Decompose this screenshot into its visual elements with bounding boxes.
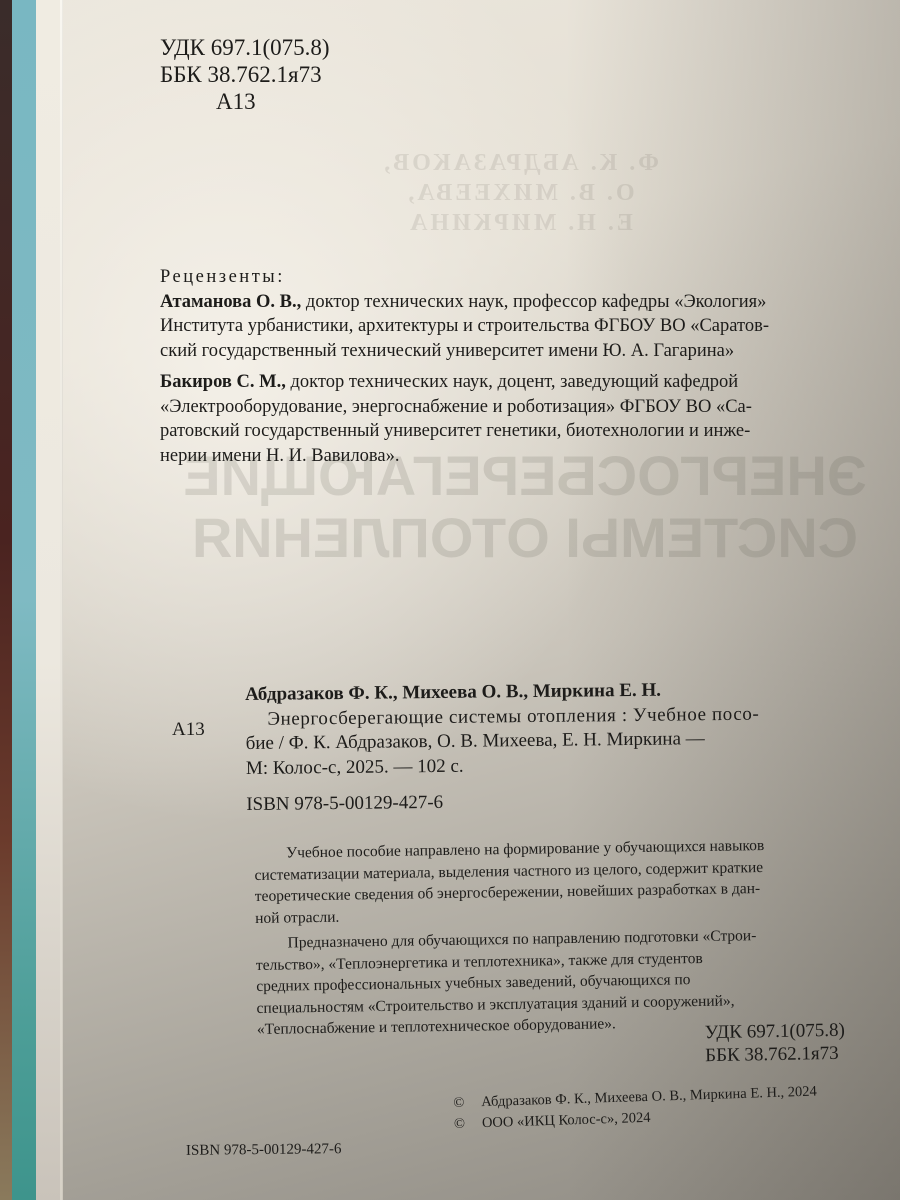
page-stack-edge bbox=[36, 0, 62, 1200]
bibliographic-record: Абдразаков Ф. К., Михеева О. В., Миркина… bbox=[245, 678, 760, 818]
author-mark: А13 bbox=[160, 88, 330, 115]
bbk-code: ББК 38.762.1я73 bbox=[705, 1042, 845, 1067]
copyright-icon: © bbox=[454, 1113, 483, 1135]
bib-author-mark: А13 bbox=[172, 719, 205, 741]
reviewers-label: Рецензенты: bbox=[160, 265, 769, 290]
udk-code: УДК 697.1(075.8) bbox=[160, 34, 330, 61]
annotation: Учебное пособие направлено на формирован… bbox=[254, 835, 767, 1040]
reviewer-entry: Бакиров С. М., доктор технических наук, … bbox=[160, 370, 769, 468]
background-behind-book bbox=[0, 0, 12, 1200]
udk-code: УДК 697.1(075.8) bbox=[705, 1019, 845, 1044]
classification-codes-top: УДК 697.1(075.8) ББК 38.762.1я73 А13 bbox=[160, 34, 330, 115]
reviewer-name: Атаманова О. В., bbox=[160, 292, 301, 312]
classification-codes-bottom: УДК 697.1(075.8) ББК 38.762.1я73 bbox=[705, 1019, 846, 1067]
reviewers-section: Рецензенты: Атаманова О. В., доктор техн… bbox=[160, 265, 769, 468]
copyright-icon: © bbox=[453, 1092, 482, 1114]
reviewer-entry: Атаманова О. В., доктор технических наук… bbox=[160, 290, 769, 364]
bleed-through-authors: Ф. К. АБДРАЗАКОВ, О. В. МИХЕЕВА, Е. Н. М… bbox=[310, 148, 730, 238]
book-cover-edge bbox=[12, 0, 36, 1200]
reviewer-name: Бакиров С. М., bbox=[160, 372, 286, 392]
bbk-code: ББК 38.762.1я73 bbox=[160, 61, 330, 88]
footer-isbn: ISBN 978-5-00129-427-6 bbox=[186, 1141, 342, 1160]
